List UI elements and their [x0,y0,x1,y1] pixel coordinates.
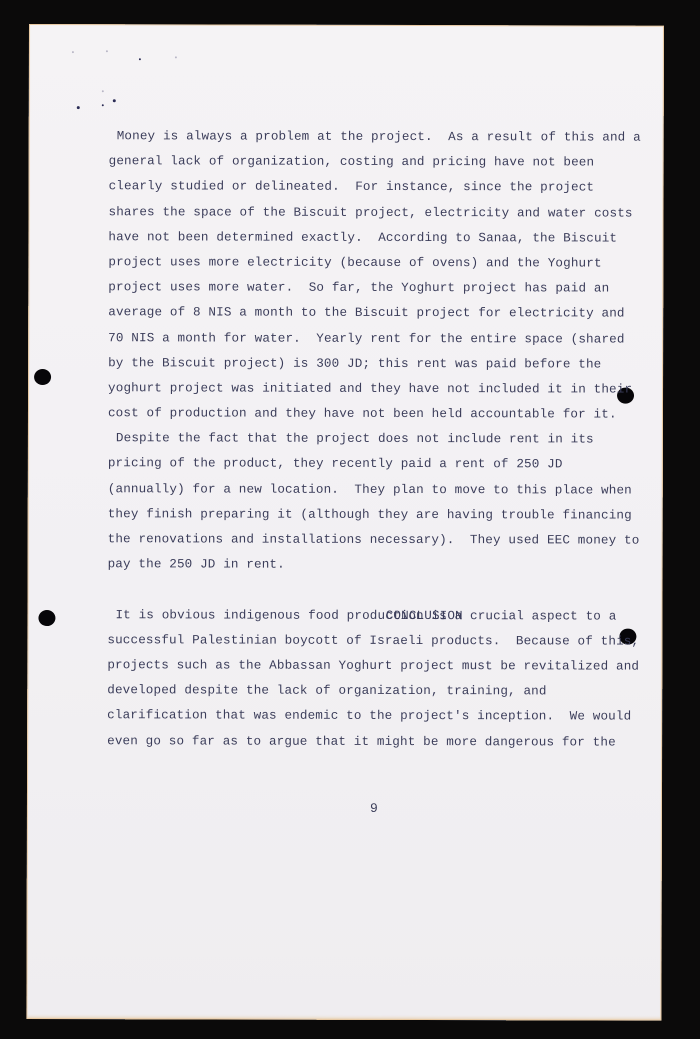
paper-speck [102,90,104,92]
text-line: clearly studied or delineated. For insta… [109,175,669,202]
paper-speck [139,58,141,60]
paper-speck [77,106,80,109]
text-line: cost of production and they have not bee… [108,401,668,428]
text-line: have not been determined exactly. Accord… [108,225,668,252]
section-heading-row: CONCLUSION [107,578,667,605]
text-line: by the Biscuit project) is 300 JD; this … [108,351,668,378]
text-line: successful Palestinian boycott of Israel… [107,628,667,655]
text-line: even go so far as to argue that it might… [107,729,667,756]
text-line: developed despite the lack of organizati… [107,678,667,705]
text-line: 70 NIS a month for water. Yearly rent fo… [108,326,668,353]
text-line: pay the 250 JD in rent. [108,552,668,579]
paper-speck [113,99,116,102]
document-page: Money is always a problem at the project… [26,24,664,1021]
paragraph: Despite the fact that the project does n… [108,426,668,579]
text-line: clarification that was endemic to the pr… [107,704,667,731]
text-line: It is obvious indigenous food production… [107,603,667,630]
paragraph: Money is always a problem at the project… [108,124,669,428]
text-line: Money is always a problem at the project… [109,124,669,151]
text-line: yoghurt project was initiated and they h… [108,376,668,403]
page-number: 9 [370,801,378,816]
paper-speck [72,51,74,53]
text-line: they finish preparing it (although they … [108,502,668,529]
text-line: project uses more water. So far, the Yog… [108,275,668,302]
hole-punch [34,369,51,385]
text-line: (annually) for a new location. They plan… [108,477,668,504]
text-line: the renovations and installations necess… [108,527,668,554]
text-line: shares the space of the Biscuit project,… [108,200,668,227]
paper-speck [175,56,177,58]
text-line: average of 8 NIS a month to the Biscuit … [108,301,668,328]
body-text: Money is always a problem at the project… [107,124,669,755]
paragraph: It is obvious indigenous food production… [107,603,667,756]
text-line: general lack of organization, costing an… [109,149,669,176]
hole-punch [38,610,55,626]
text-line: Despite the fact that the project does n… [108,426,668,453]
text-line: project uses more electricity (because o… [108,250,668,277]
text-line: projects such as the Abbassan Yoghurt pr… [107,653,667,680]
paper-speck [102,104,104,106]
paper-speck [106,50,108,52]
text-line: pricing of the product, they recently pa… [108,452,668,479]
